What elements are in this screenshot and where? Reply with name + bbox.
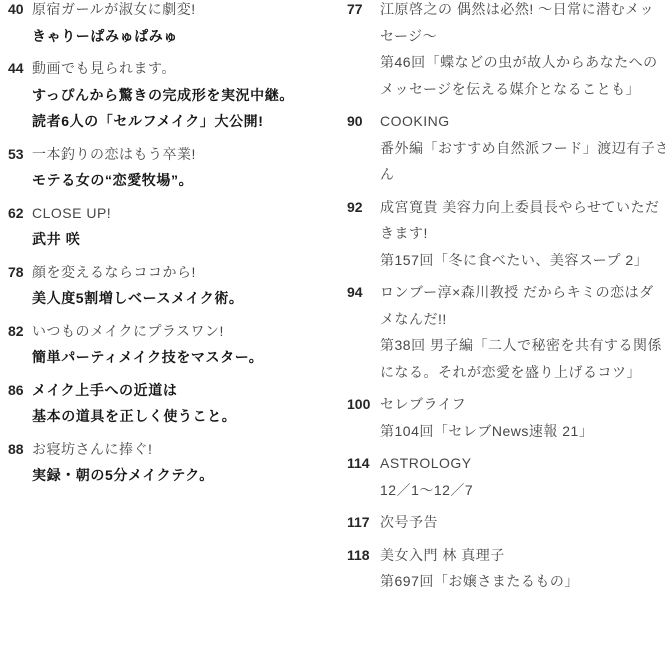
entry-title-line: CLOSE UP! xyxy=(32,200,338,227)
entry-title-line: 江原啓之の 偶然は必然! 〜日常に潜むメッ xyxy=(380,0,659,23)
page-number: 117 xyxy=(347,509,370,536)
entry-title-line: お寝坊さんに捧ぐ! xyxy=(32,436,338,463)
page-number: 94 xyxy=(347,279,363,306)
entry-title-line: 成宮寛貴 美容力向上委員長やらせていただ xyxy=(380,194,659,221)
page-number: 88 xyxy=(8,436,24,463)
entry-lines: セレブライフ第104回「セレブNews速報 21」 xyxy=(380,391,659,444)
page-number: 86 xyxy=(8,377,24,404)
entry-lines: COOKING番外編「おすすめ自然派フード」渡辺有子さん xyxy=(380,108,659,188)
entry-title-line: ASTROLOGY xyxy=(380,450,659,477)
page-number: 90 xyxy=(347,108,363,135)
entry-lines: 動画でも見られます。すっぴんから驚きの完成形を実況中継。読者6人の「セルフメイク… xyxy=(32,55,338,135)
toc-entry: 86メイク上手への近道は基本の道具を正しく使うこと。 xyxy=(8,377,338,430)
entry-lines: CLOSE UP!武井 咲 xyxy=(32,200,338,253)
entry-subtitle-line: 美人度5割増しベースメイク術。 xyxy=(32,285,338,312)
entry-title-line: きます! xyxy=(380,220,659,247)
entry-title-line: メなんだ!! xyxy=(380,306,659,333)
entry-title-line: 一本釣りの恋はもう卒業! xyxy=(32,141,338,168)
page-number: 82 xyxy=(8,318,24,345)
entry-lines: ロンブー淳×森川教授 だからキミの恋はダメなんだ!!第38回 男子編「二人で秘密… xyxy=(380,279,659,385)
entry-lines: 美女入門 林 真理子第697回「お嬢さまたるもの」 xyxy=(380,542,659,595)
toc-entry: 94ロンブー淳×森川教授 だからキミの恋はダメなんだ!!第38回 男子編「二人で… xyxy=(347,279,659,385)
entry-title-line: 第46回「蝶などの虫が故人からあなたへの xyxy=(380,49,659,76)
entry-lines: ASTROLOGY12／1〜12／7 xyxy=(380,450,659,503)
entry-lines: 一本釣りの恋はもう卒業!モテる女の“恋愛牧場”。 xyxy=(32,141,338,194)
toc-entry: 92成宮寛貴 美容力向上委員長やらせていただきます!第157回「冬に食べたい、美… xyxy=(347,194,659,274)
toc-right-column: 77江原啓之の 偶然は必然! 〜日常に潜むメッセージ〜第46回「蝶などの虫が故人… xyxy=(347,0,659,601)
toc-entry: 114ASTROLOGY12／1〜12／7 xyxy=(347,450,659,503)
page-number: 100 xyxy=(347,391,370,418)
toc-entry: 88お寝坊さんに捧ぐ!実録・朝の5分メイクテク。 xyxy=(8,436,338,489)
page-number: 62 xyxy=(8,200,24,227)
page-number: 40 xyxy=(8,0,24,23)
entry-subtitle-line: 武井 咲 xyxy=(32,226,338,253)
entry-lines: メイク上手への近道は基本の道具を正しく使うこと。 xyxy=(32,377,338,430)
entry-title-line: メッセージを伝える媒介となることも」 xyxy=(380,76,659,103)
entry-title-line: 番外編「おすすめ自然派フード」渡辺有子さ xyxy=(380,135,659,162)
entry-subtitle-line: 実録・朝の5分メイクテク。 xyxy=(32,462,338,489)
entry-lines: 顔を変えるならココから!美人度5割増しベースメイク術。 xyxy=(32,259,338,312)
entry-title-line: 第697回「お嬢さまたるもの」 xyxy=(380,568,659,595)
page-number: 77 xyxy=(347,0,363,23)
page-number: 53 xyxy=(8,141,24,168)
toc-entry: 100セレブライフ第104回「セレブNews速報 21」 xyxy=(347,391,659,444)
entry-title-line: セレブライフ xyxy=(380,391,659,418)
entry-subtitle-line: すっぴんから驚きの完成形を実況中継。 xyxy=(32,82,338,109)
entry-title-line: 第104回「セレブNews速報 21」 xyxy=(380,418,659,445)
entry-subtitle-line: メイク上手への近道は xyxy=(32,377,338,404)
entry-title-line: 第38回 男子編「二人で秘密を共有する関係 xyxy=(380,332,659,359)
entry-title-line: 第157回「冬に食べたい、美容スープ 2」 xyxy=(380,247,659,274)
entry-title-line: 次号予告 xyxy=(380,509,659,536)
entry-title-line: になる。それが恋愛を盛り上げるコツ」 xyxy=(380,359,659,386)
toc-entry: 53一本釣りの恋はもう卒業!モテる女の“恋愛牧場”。 xyxy=(8,141,338,194)
toc-entry: 62CLOSE UP!武井 咲 xyxy=(8,200,338,253)
toc-entry: 118美女入門 林 真理子第697回「お嬢さまたるもの」 xyxy=(347,542,659,595)
toc-entry: 82いつものメイクにプラスワン!簡単パーティメイク技をマスター。 xyxy=(8,318,338,371)
toc-entry: 90COOKING番外編「おすすめ自然派フード」渡辺有子さん xyxy=(347,108,659,188)
magazine-toc-page: 40原宿ガールが淑女に劇変!きゃりーぱみゅぱみゅ44動画でも見られます。すっぴん… xyxy=(0,0,665,668)
entry-title-line: 動画でも見られます。 xyxy=(32,55,338,82)
entry-lines: 江原啓之の 偶然は必然! 〜日常に潜むメッセージ〜第46回「蝶などの虫が故人から… xyxy=(380,0,659,102)
entry-subtitle-line: 簡単パーティメイク技をマスター。 xyxy=(32,344,338,371)
entry-title-line: いつものメイクにプラスワン! xyxy=(32,318,338,345)
toc-entry: 44動画でも見られます。すっぴんから驚きの完成形を実況中継。読者6人の「セルフメ… xyxy=(8,55,338,135)
entry-lines: 成宮寛貴 美容力向上委員長やらせていただきます!第157回「冬に食べたい、美容ス… xyxy=(380,194,659,274)
page-number: 78 xyxy=(8,259,24,286)
toc-entry: 40原宿ガールが淑女に劇変!きゃりーぱみゅぱみゅ xyxy=(8,0,338,49)
toc-entry: 78顔を変えるならココから!美人度5割増しベースメイク術。 xyxy=(8,259,338,312)
page-number: 118 xyxy=(347,542,370,569)
entry-title-line: セージ〜 xyxy=(380,23,659,50)
page-number: 92 xyxy=(347,194,363,221)
toc-entry: 77江原啓之の 偶然は必然! 〜日常に潜むメッセージ〜第46回「蝶などの虫が故人… xyxy=(347,0,659,102)
entry-title-line: COOKING xyxy=(380,108,659,135)
entry-lines: 原宿ガールが淑女に劇変!きゃりーぱみゅぱみゅ xyxy=(32,0,338,49)
entry-title-line: 原宿ガールが淑女に劇変! xyxy=(32,0,338,23)
entry-lines: お寝坊さんに捧ぐ!実録・朝の5分メイクテク。 xyxy=(32,436,338,489)
page-number: 114 xyxy=(347,450,370,477)
entry-subtitle-line: きゃりーぱみゅぱみゅ xyxy=(32,23,338,50)
entry-title-line: 顔を変えるならココから! xyxy=(32,259,338,286)
entry-title-line: 12／1〜12／7 xyxy=(380,477,659,504)
entry-subtitle-line: 基本の道具を正しく使うこと。 xyxy=(32,403,338,430)
toc-entry: 117次号予告 xyxy=(347,509,659,536)
entry-lines: 次号予告 xyxy=(380,509,659,536)
toc-left-column: 40原宿ガールが淑女に劇変!きゃりーぱみゅぱみゅ44動画でも見られます。すっぴん… xyxy=(8,0,338,495)
entry-lines: いつものメイクにプラスワン!簡単パーティメイク技をマスター。 xyxy=(32,318,338,371)
page-number: 44 xyxy=(8,55,24,82)
entry-subtitle-line: 読者6人の「セルフメイク」大公開! xyxy=(32,108,338,135)
entry-title-line: ん xyxy=(380,161,659,188)
entry-title-line: 美女入門 林 真理子 xyxy=(380,542,659,569)
entry-title-line: ロンブー淳×森川教授 だからキミの恋はダ xyxy=(380,279,659,306)
entry-subtitle-line: モテる女の“恋愛牧場”。 xyxy=(32,167,338,194)
